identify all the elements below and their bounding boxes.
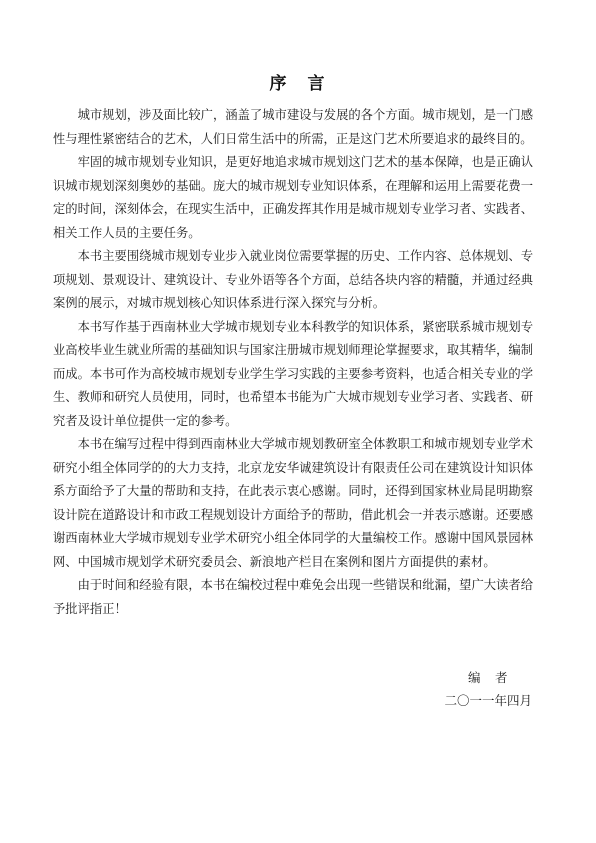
- preface-paragraph: 本书在编写过程中得到西南林业大学城市规划教研室全体教职工和城市规划专业学术研究小…: [53, 433, 533, 574]
- preface-paragraph: 本书主要围绕城市规划专业步入就业岗位需要掌握的历史、工作内容、总体规划、专项规划…: [53, 245, 533, 316]
- signature-date: 二〇一一年四月: [444, 690, 532, 713]
- preface-paragraph: 由于时间和经验有限，本书在编校过程中难免会出现一些错误和纰漏，望广大读者给予批评…: [53, 574, 533, 621]
- preface-page: 序 言 城市规划，涉及面比较广，涵盖了城市建设与发展的各个方面。城市规划，是一门…: [0, 0, 596, 843]
- preface-body: 城市规划，涉及面比较广，涵盖了城市建设与发展的各个方面。城市规划，是一门感性与理…: [53, 104, 533, 621]
- preface-paragraph: 本书写作基于西南林业大学城市规划专业本科教学的知识体系，紧密联系城市规划专业高校…: [53, 316, 533, 434]
- signature-block: 编 者 二〇一一年四月: [444, 667, 532, 713]
- signature-author: 编 者: [444, 667, 532, 690]
- preface-paragraph: 城市规划，涉及面比较广，涵盖了城市建设与发展的各个方面。城市规划，是一门感性与理…: [53, 104, 533, 151]
- page-title: 序 言: [0, 69, 596, 94]
- preface-paragraph: 牢固的城市规划专业知识，是更好地追求城市规划这门艺术的基本保障，也是正确认识城市…: [53, 151, 533, 245]
